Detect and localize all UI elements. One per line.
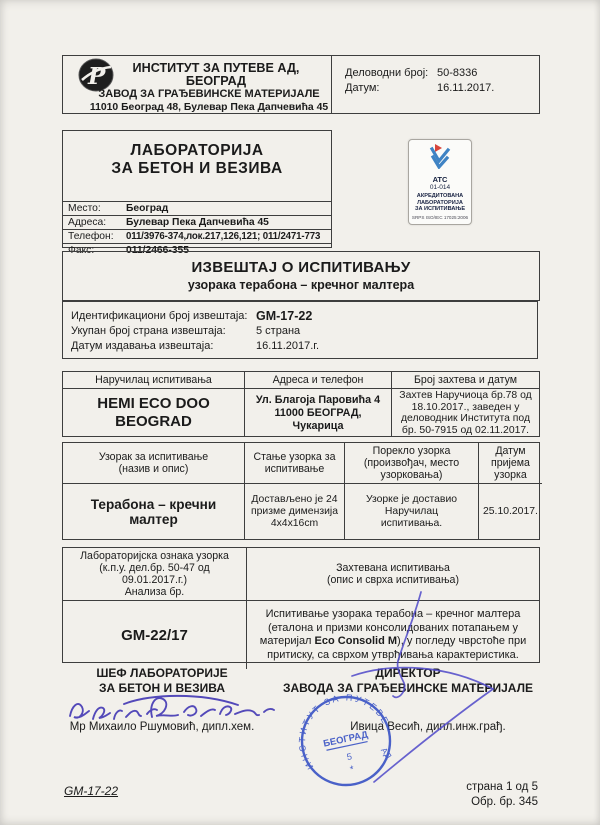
analysis-header-tests-line1: Захтевана испитивања [336,562,450,574]
protocol-block: Деловодни број: 50-8336 Датум: 16.11.201… [331,66,539,96]
report-pages-label: Укупан број страна извештаја: [71,324,256,339]
institute-header-box: P ИНСТИТУТ ЗА ПУТЕВЕ АД, БЕОГРАД ЗАВОД З… [62,55,540,114]
sample-table-header-condition: Стање узорка за испитивање [244,443,344,484]
stamp-text-around: ИНСТИТУТ ЗА ПУТЕВЕ [296,691,396,772]
accreditation-line3: ЗА ИСПИТИВАЊЕ [409,206,471,213]
left-signatory-title: ШЕФ ЛАБОРАТОРИЈЕ ЗА БЕТОН И ВЕЗИВА [62,666,262,695]
stamp-number: 5 [346,751,353,762]
report-id-value: GM-17-22 [256,309,312,324]
report-title-box: ИЗВЕШТАЈ О ИСПИТИВАЊУ узорака терабона –… [62,251,540,301]
client-address-line2: 11000 БЕОГРАД, Чукарица [249,407,387,433]
protocol-date-row: Датум: 16.11.2017. [331,81,539,96]
footer-page-indicator: страна 1 од 5 [466,780,538,795]
phone-label: Телефон: [63,231,126,242]
protocol-date-label: Датум: [345,81,437,96]
footer-doc-code: GM-17-22 [64,784,118,798]
accreditation-number: 01-014 [409,184,471,191]
client-name-cell: HEMI ECO DOO BEOGRAD [63,389,244,437]
report-id-row: Идентификациони број извештаја: GM-17-22 [63,309,537,324]
laboratory-title-line1: ЛАБОРАТОРИЈА [63,142,331,160]
accreditation-line2: ЛАБОРАТОРИЈА [409,200,471,207]
analysis-table-header-code: Лабораторијска ознака узорка (к.п.у. дел… [63,548,246,601]
place-label: Место: [63,203,126,214]
place-value: Београд [126,203,168,214]
protocol-number-row: Деловодни број: 50-8336 [331,66,539,81]
footer-right-block: страна 1 од 5 Обр. бр. 345 [466,780,538,810]
report-pages-row: Укупан број страна извештаја: 5 страна [63,324,537,339]
sample-table: Узорак за испитивање (назив и опис) Стањ… [62,442,540,540]
analysis-table: Лабораторијска ознака узорка (к.п.у. дел… [62,547,540,663]
protocol-number-value: 50-8336 [437,66,477,81]
report-subtitle: узорака терабона – кречног малтера [63,276,539,292]
analysis-header-code-line3: 09.01.2017.г.) [122,574,187,586]
laboratory-title-line2: ЗА БЕТОН И ВЕЗИВА [63,160,331,178]
client-table: Наручилац испитивања Адреса и телефон Бр… [62,371,540,437]
left-signatory-name: Мр Михаило Ршумовић, дипл.хем. [62,721,262,733]
analysis-code-cell: GM-22/17 [63,601,246,669]
right-signatory-title-line1: ДИРЕКТОР [278,666,538,681]
analysis-description-material: Eco Consolid M [315,635,398,647]
report-info-box: Идентификациони број извештаја: GM-17-22… [62,301,538,359]
analysis-description-cell: Испитивање узорака терабона – кречног ма… [246,601,539,669]
analysis-header-code-line2: (к.п.у. дел.бр. 50-47 од [99,562,209,574]
address-value: Булевар Пека Дапчевића 45 [126,217,269,228]
client-table-header-address: Адреса и телефон [244,372,391,389]
accreditation-line1: АКРЕДИТОВАНА [409,193,471,200]
analysis-header-code-line1: Лабораторијска ознака узорка [80,550,229,562]
accreditation-mark-icon [427,143,453,169]
protocol-date-value: 16.11.2017. [437,81,494,96]
institute-header-left: P ИНСТИТУТ ЗА ПУТЕВЕ АД, БЕОГРАД ЗАВОД З… [63,56,332,113]
institute-round-stamp: ИНСТИТУТ ЗА ПУТЕВЕ АД БЕОГРАД 5 * [296,691,396,791]
report-date-label: Датум издавања извештаја: [71,339,256,354]
accreditation-org: ATC [409,175,471,184]
analysis-header-tests-line2: (опис и сврха испитивања) [327,574,459,586]
sample-name-cell: Терабона – кречни малтер [63,484,244,539]
left-signature-block: ШЕФ ЛАБОРАТОРИЈЕ ЗА БЕТОН И ВЕЗИВА Мр Ми… [62,666,262,733]
client-name-line2: BEOGRAD [115,413,192,431]
institute-department: ЗАВОД ЗА ГРАЂЕВИНСКЕ МАТЕРИЈАЛЕ [89,88,329,101]
sample-table-header-date: Датум пријема узорка [478,443,542,484]
report-id-label: Идентификациони број извештаја: [71,309,256,324]
report-pages-value: 5 страна [256,324,300,339]
document-page: P ИНСТИТУТ ЗА ПУТЕВЕ АД, БЕОГРАД ЗАВОД З… [0,0,600,825]
stamp-text-ad: АД [379,746,394,762]
laboratory-box: ЛАБОРАТОРИЈА ЗА БЕТОН И ВЕЗИВА Место: Бе… [62,130,332,248]
left-signatory-title-line2: ЗА БЕТОН И ВЕЗИВА [62,681,262,696]
analysis-table-header-tests: Захтевана испитивања (опис и сврха испит… [246,548,539,601]
sample-date-cell: 25.10.2017. [478,484,542,539]
accreditation-standard: SRPS ISO/IEC 17025:2006 [409,215,471,220]
institute-name: ИНСТИТУТ ЗА ПУТЕВЕ АД, БЕОГРАД [89,62,329,88]
svg-text:ИНСТИТУТ ЗА ПУТЕВЕ: ИНСТИТУТ ЗА ПУТЕВЕ [296,691,396,772]
sample-condition-cell: Достављено је 24 призме димензија 4x4x16… [244,484,344,539]
sample-table-header-name: Узорак за испитивање (назив и опис) [63,443,244,484]
report-date-row: Датум издавања извештаја: 16.11.2017.г. [63,339,537,354]
laboratory-title: ЛАБОРАТОРИЈА ЗА БЕТОН И ВЕЗИВА [63,131,331,202]
client-request-cell: Захтев Наручиоца бр.78 од 18.10.2017., з… [391,389,539,437]
sample-origin-cell: Узорке је доставио Наручилац испитивања. [344,484,478,539]
client-table-header-request: Број захтева и датум [391,372,539,389]
institute-address: 11010 Београд 48, Булевар Пека Дапчевића… [89,101,329,114]
lab-info-row-address: Адреса: Булевар Пека Дапчевића 45 [63,216,331,230]
client-address-cell: Ул. Благоја Паровића 4 11000 БЕОГРАД, Чу… [244,389,391,437]
footer-form-number: Обр. бр. 345 [466,795,538,810]
stamp-star: * [349,764,355,776]
sample-table-header-origin: Порекло узорка (произвођач, место узорко… [344,443,478,484]
client-address-line1: Ул. Благоја Паровића 4 [256,394,380,407]
report-title: ИЗВЕШТАЈ О ИСПИТИВАЊУ [63,252,539,276]
report-date-value: 16.11.2017.г. [256,339,319,354]
lab-info-row-place: Место: Београд [63,202,331,216]
address-label: Адреса: [63,217,126,228]
lab-info-row-phone: Телефон: 011/3976-374,лок.217,126,121; 0… [63,230,331,244]
left-signatory-title-line1: ШЕФ ЛАБОРАТОРИЈЕ [62,666,262,681]
protocol-number-label: Деловодни број: [345,66,437,81]
phone-value: 011/3976-374,лок.217,126,121; 011/2471-7… [126,231,320,242]
analysis-header-code-line4: Анализа бр. [125,586,185,598]
institute-header-text: ИНСТИТУТ ЗА ПУТЕВЕ АД, БЕОГРАД ЗАВОД ЗА … [89,62,329,114]
client-name-line1: HEMI ECO DOO [97,395,210,413]
client-table-header-client: Наручилац испитивања [63,372,244,389]
accreditation-badge: ATC 01-014 АКРЕДИТОВАНА ЛАБОРАТОРИЈА ЗА … [408,139,472,225]
